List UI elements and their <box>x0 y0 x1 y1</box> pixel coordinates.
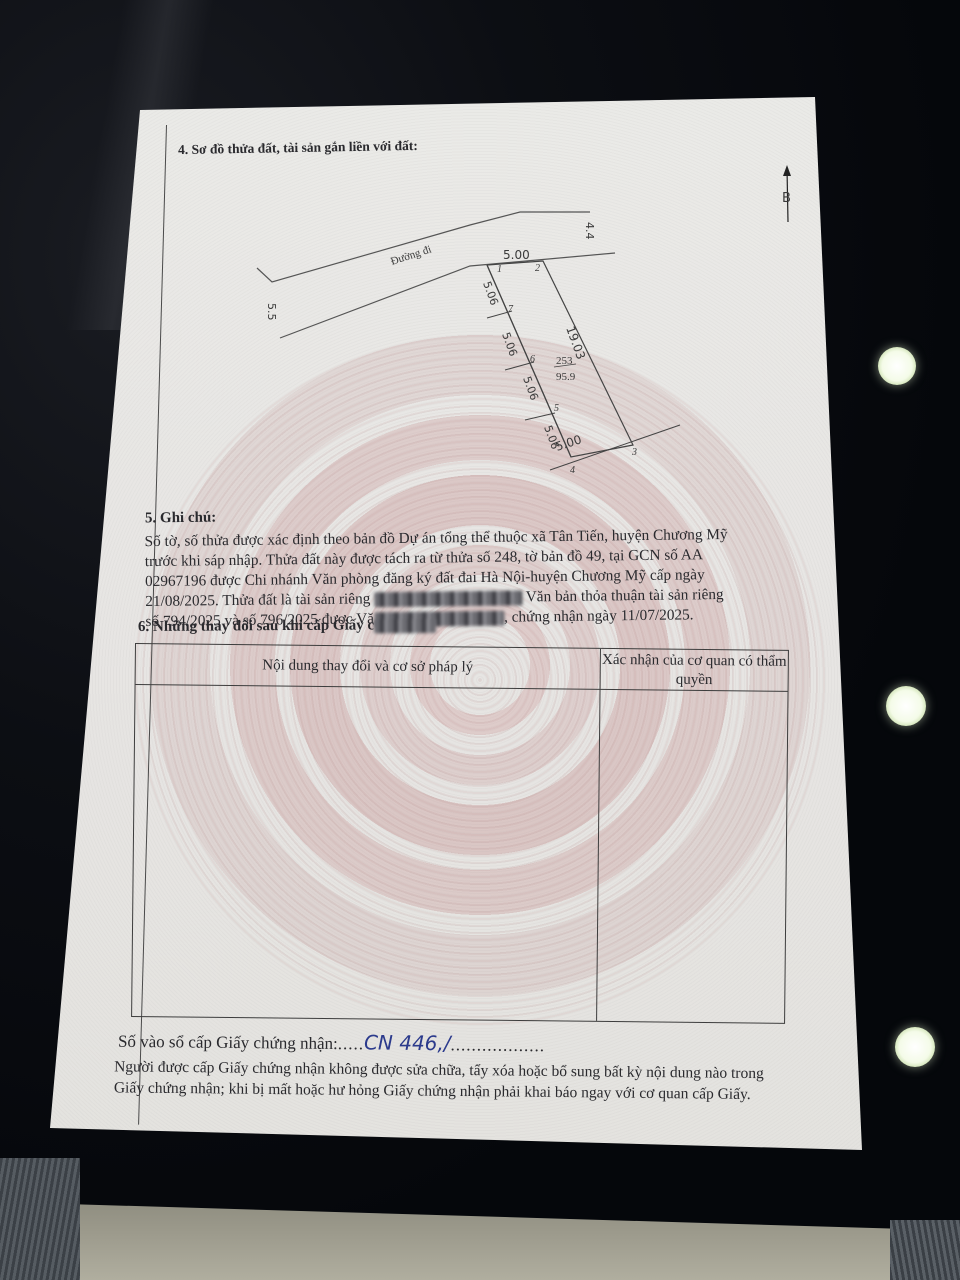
north-label: B <box>782 191 791 206</box>
point-1: 1 <box>497 264 502 275</box>
document-content: 4. Sơ đồ thửa đất, tài sản gắn liền với … <box>0 0 960 1280</box>
land-parcel-diagram: B Đường đi 5.5 4.4 5.00 5.00 19.03 5.06 … <box>0 0 960 520</box>
parcel-area: 95.9 <box>556 371 576 383</box>
left-segment-1: 5.06 <box>480 280 501 307</box>
point-3: 3 <box>631 447 637 458</box>
point-6: 6 <box>530 354 535 365</box>
road-label: Đường đi <box>389 243 433 267</box>
redacted-text <box>374 619 436 633</box>
road-width-right: 4.4 <box>583 222 596 240</box>
road-width-left: 5.5 <box>265 303 278 321</box>
registry-label: Số vào sổ cấp Giấy chứng nhận: <box>118 1032 338 1053</box>
point-2: 2 <box>535 263 540 274</box>
column-header-content: Nội dung thay đổi và cơ sở pháp lý <box>136 655 600 679</box>
notes-paragraph: Số tờ, số thửa được xác định theo bản đồ… <box>144 524 810 632</box>
redacted-owner-name <box>374 590 522 607</box>
point-4: 4 <box>570 465 575 476</box>
left-segment-3: 5.06 <box>520 375 541 402</box>
section-6-title: 6. Những thay đổi sau khi cấp Giấy c <box>138 617 436 636</box>
point-7: 7 <box>508 304 514 315</box>
column-header-confirmation: Xác nhận của cơ quan có thẩm quyền <box>601 651 788 691</box>
registry-value-handwritten: CN 446 <box>364 1030 438 1055</box>
changes-table: Nội dung thay đổi và cơ sở pháp lý Xác n… <box>131 643 789 1024</box>
footer-warning: Người được cấp Giấy chứng nhận không đượ… <box>114 1056 814 1105</box>
left-segment-2: 5.06 <box>499 331 520 358</box>
registry-number: Số vào sổ cấp Giấy chứng nhận:.....CN 44… <box>118 1028 545 1056</box>
parcel-top-edge: 5.00 <box>503 248 530 262</box>
point-5: 5 <box>554 403 559 414</box>
section-5-title: 5. Ghi chú: <box>145 510 216 528</box>
